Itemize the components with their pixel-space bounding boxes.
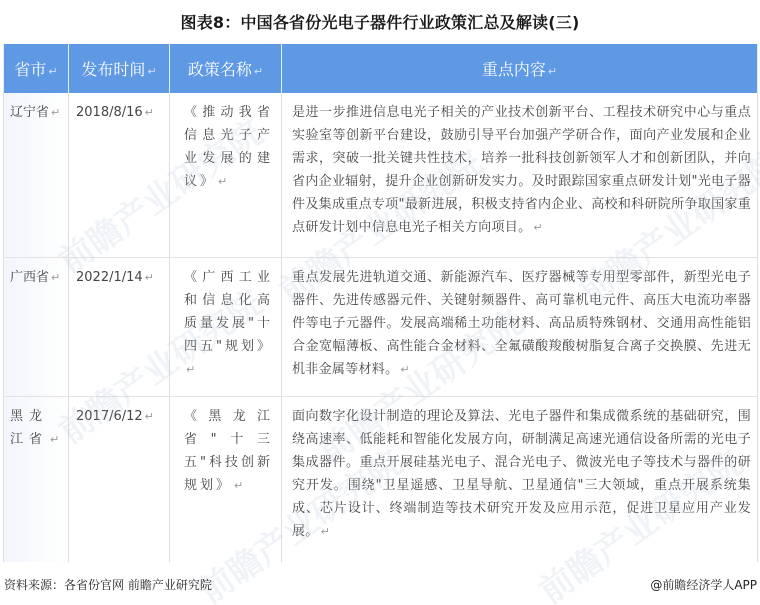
paragraph-mark-icon: ↵	[254, 65, 263, 78]
paragraph-mark-icon: ↵	[48, 65, 57, 78]
cell-content: 重点发展先进轨道交通、新能源汽车、医疗器械等专用型零部件，新型光电子器件、先进传…	[282, 258, 758, 397]
cell-policy-name: 《推动我省信息光子产业发展的建议》↵	[170, 93, 282, 258]
cell-province: 辽宁省↵	[4, 93, 69, 258]
table-row: 黑龙江省↵ 2017/6/12↵ 《黑龙江省"十三五"科技创新规划》↵ 面向数字…	[4, 397, 758, 563]
cell-province: 黑龙江省↵	[4, 397, 69, 563]
cell-policy-name: 《黑龙江省"十三五"科技创新规划》↵	[170, 397, 282, 563]
cell-date: 2022/1/14↵	[69, 258, 170, 397]
cell-content: 是进一步推进信息电光子相关的产业技术创新平台、工程技术研究中心与重点实验室等创新…	[282, 93, 758, 258]
paragraph-mark-icon: ↵	[548, 65, 557, 78]
table-row: 辽宁省↵ 2018/8/16↵ 《推动我省信息光子产业发展的建议》↵ 是进一步推…	[4, 93, 758, 258]
cell-province: 广西省↵	[4, 258, 69, 397]
credit-note: @前瞻经济学人APP	[650, 576, 757, 593]
paragraph-mark-icon: ↵	[234, 479, 243, 492]
paragraph-mark-icon: ↵	[145, 106, 154, 119]
paragraph-mark-icon: ↵	[186, 363, 195, 376]
header-province: 省市↵	[4, 44, 69, 93]
paragraph-mark-icon: ↵	[533, 221, 542, 234]
paragraph-mark-icon: ↵	[145, 410, 154, 423]
header-policy-name: 政策名称↵	[170, 44, 282, 93]
paragraph-mark-icon: ↵	[321, 525, 330, 538]
cell-date: 2018/8/16↵	[69, 93, 170, 258]
cell-policy-name: 《广西工业和信息化高质量发展"十四五"规划》↵	[170, 258, 282, 397]
paragraph-mark-icon: ↵	[400, 363, 409, 376]
figure-title: 图表8：中国各省份光电子器件行业政策汇总及解读(三)	[0, 10, 760, 33]
paragraph-mark-icon: ↵	[145, 271, 154, 284]
policy-table: 省市↵ 发布时间↵ 政策名称↵ 重点内容↵ 辽宁省↵ 2018/8/16↵ 《推…	[3, 44, 758, 562]
cell-content: 面向数字化设计制造的理论及算法、光电子器件和集成微系统的基础研究，围绕高速率、低…	[282, 397, 758, 563]
paragraph-mark-icon: ↵	[147, 65, 156, 78]
paragraph-mark-icon: ↵	[218, 175, 227, 188]
table-row: 广西省↵ 2022/1/14↵ 《广西工业和信息化高质量发展"十四五"规划》↵ …	[4, 258, 758, 397]
table-header-row: 省市↵ 发布时间↵ 政策名称↵ 重点内容↵	[4, 44, 758, 93]
cell-date: 2017/6/12↵	[69, 397, 170, 563]
paragraph-mark-icon: ↵	[50, 433, 59, 446]
header-date: 发布时间↵	[69, 44, 170, 93]
paragraph-mark-icon: ↵	[51, 106, 60, 119]
source-note: 资料来源：各省份官网 前瞻产业研究院	[4, 576, 212, 593]
header-content: 重点内容↵	[282, 44, 758, 93]
paragraph-mark-icon: ↵	[51, 271, 60, 284]
